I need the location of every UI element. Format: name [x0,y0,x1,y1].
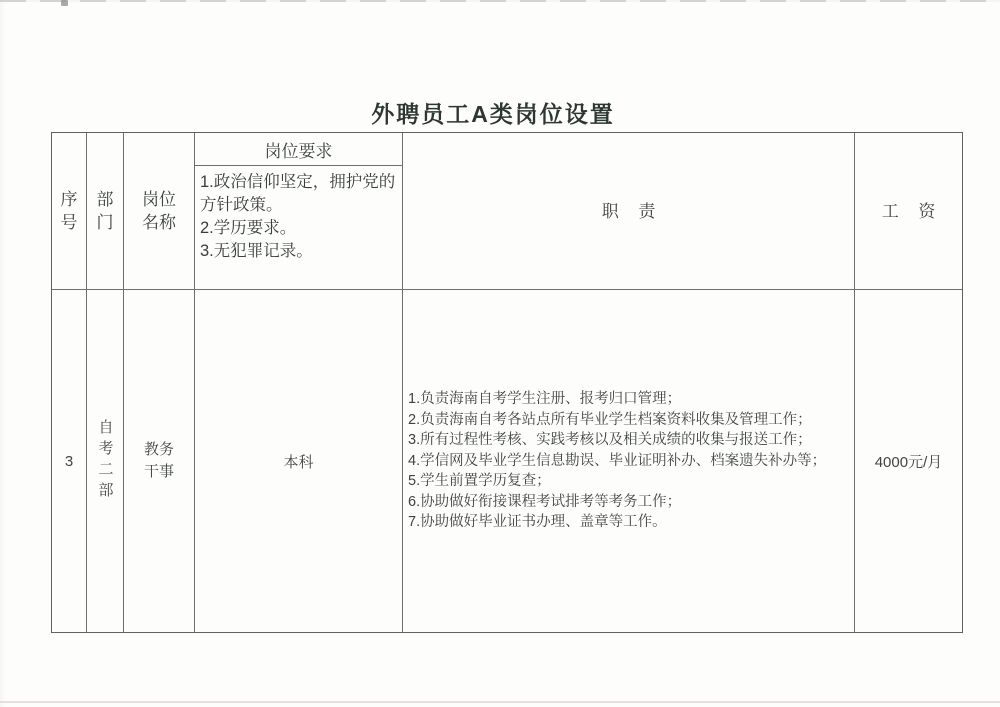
header-cell-salary: 工资 [855,133,962,290]
row-cell-salary: 4000元/月 [855,290,962,632]
header-cell-index: 序 号 [52,133,87,290]
header-salary-label: 工资 [882,200,955,223]
header-position-name-label: 岗位 名称 [142,188,176,234]
duty-item: 3.所有过程性考核、实践考核以及相关成绩的收集与报送工作； [408,430,846,451]
requirement-note-item: 1.政治信仰坚定，拥护党的方针政策。 [200,171,398,217]
scan-top-edge-artifact [0,0,1000,2]
scan-speck-artifact [61,0,68,6]
requirement-note-item: 3.无犯罪记录。 [200,240,398,263]
requirements-header: 岗位要求 [195,133,402,166]
header-cell-position-name: 岗位 名称 [124,133,195,290]
scanned-page: 外聘员工A类岗位设置 序 号 部 门 岗位 名称 岗位要求 1.政治信仰坚定，拥… [0,0,1000,707]
row-department-value: 自考二部 [95,419,116,503]
row-cell-duties: 1.负责海南自考学生注册、报考归口管理； 2.负责海南自考各站点所有毕业学生档案… [403,290,855,632]
row-cell-department: 自考二部 [87,290,124,632]
duty-item: 2.负责海南自考各站点所有毕业学生档案资料收集及管理工作； [408,410,846,431]
page-title: 外聘员工A类岗位设置 [0,96,986,129]
row-requirement-value: 本科 [283,451,313,472]
row-cell-index: 3 [52,290,87,632]
duty-item: 1.负责海南自考学生注册、报考归口管理； [408,389,846,410]
requirements-header-label: 岗位要求 [265,137,333,162]
header-cell-requirements: 岗位要求 1.政治信仰坚定，拥护党的方针政策。 2.学历要求。 3.无犯罪记录。 [195,133,403,290]
scan-bottom-edge-artifact [0,701,1000,703]
row-cell-position-name: 教务 干事 [124,290,195,632]
positions-table: 序 号 部 门 岗位 名称 岗位要求 1.政治信仰坚定，拥护党的方针政策。 2.… [51,132,963,633]
header-index-label: 序 号 [61,188,78,234]
duty-item: 4.学信网及毕业学生信息勘误、毕业证明补办、档案遗失补办等； [408,451,846,472]
requirements-note: 1.政治信仰坚定，拥护党的方针政策。 2.学历要求。 3.无犯罪记录。 [195,166,402,289]
header-department-label: 部 门 [97,188,114,234]
row-position-value: 教务 干事 [144,439,174,483]
duty-item: 5.学生前置学历复查； [408,471,846,492]
header-cell-department: 部 门 [87,133,124,290]
row-salary-value: 4000元/月 [875,451,943,472]
requirement-note-item: 2.学历要求。 [200,217,398,240]
header-duty-label: 职责 [602,200,675,223]
row-cell-requirement: 本科 [195,290,403,632]
duty-item: 6.协助做好衔接课程考试排考等考务工作； [408,492,846,513]
row-index-value: 3 [65,453,73,470]
header-cell-duty: 职责 [403,133,855,290]
duty-item: 7.协助做好毕业证书办理、盖章等工作。 [408,512,846,533]
